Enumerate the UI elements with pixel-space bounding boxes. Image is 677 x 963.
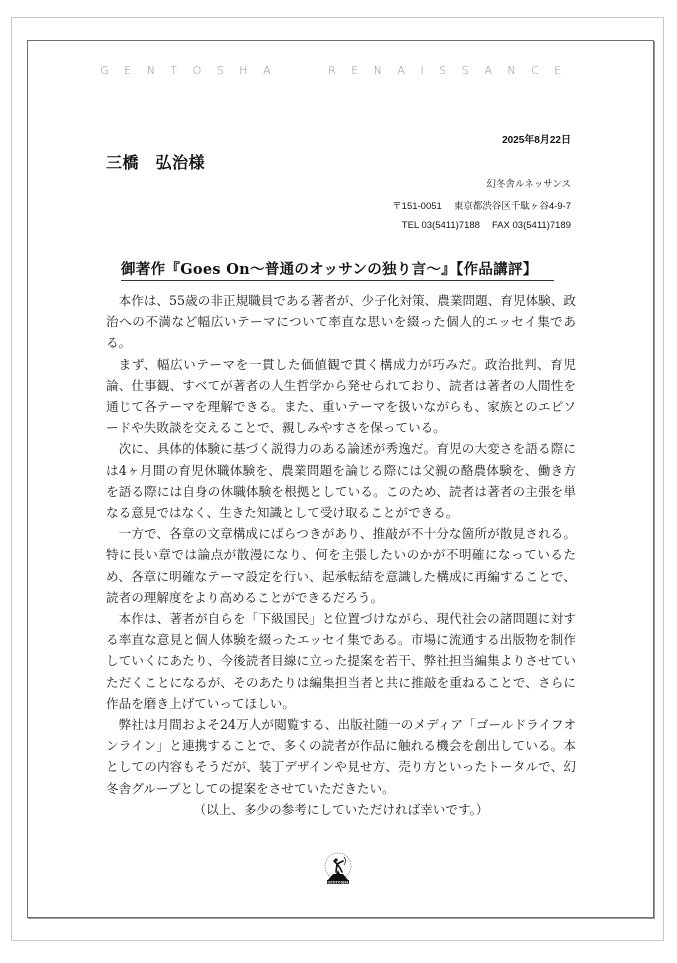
paragraph-publisher: 弊社は月間およそ24万人が閲覧する、出版社随一のメディア「ゴールドライフオンライ…: [106, 714, 576, 799]
sender-company: 幻冬舎ルネッサンス: [487, 176, 571, 190]
paragraph-structure: まず、幅広いテーマを一貫した価値観で貫く構成力が巧みだ。政治批判、育児論、仕事観…: [106, 354, 576, 439]
brand-word-renaissance: RENAISSANCE: [328, 64, 577, 77]
closing-remark: （以上、多少の参考にしていただければ幸いです。）: [106, 799, 576, 820]
archer-logo-icon: GENTOSHA: [316, 850, 360, 888]
paragraph-improvement: 一方で、各章の文章構成にばらつきがあり、推敲が不十分な箇所が散見される。特に長い…: [106, 523, 576, 608]
brand-header: GENTOSHARENAISSANCE: [0, 64, 677, 77]
sender-tel: TEL 03(5411)7188: [402, 220, 480, 231]
sender-postal-code: 〒151-0051: [392, 201, 442, 212]
brand-word-gentosha: GENTOSHA: [100, 64, 286, 77]
sender-fax: FAX 03(5411)7189: [492, 220, 571, 231]
sender-contact: TEL 03(5411)7188FAX 03(5411)7189: [402, 220, 571, 231]
sender-street-address: 東京都渋谷区千駄ヶ谷4-9-7: [454, 201, 571, 212]
sender-address: 〒151-0051東京都渋谷区千駄ヶ谷4-9-7: [392, 198, 571, 212]
letter-date: 2025年8月22日: [502, 131, 571, 146]
paragraph-intro: 本作は、55歳の非正規職員である著者が、少子化対策、農業問題、育児体験、政治への…: [106, 290, 576, 354]
review-body: 本作は、55歳の非正規職員である著者が、少子化対策、農業問題、育児体験、政治への…: [106, 290, 576, 820]
document-title: 御著作『Goes On～普通のオッサンの独り言～』【作品講評】: [121, 258, 554, 281]
paragraph-persuasiveness: 次に、具体的体験に基づく説得力のある論述が秀逸だ。育児の大変さを語る際には4ヶ月…: [106, 438, 576, 523]
recipient-name: 三橋 弘治様: [106, 150, 205, 173]
paragraph-summary: 本作は、著者が自らを「下級国民」と位置づけながら、現代社会の諸問題に対する率直な…: [106, 608, 576, 714]
svg-text:GENTOSHA: GENTOSHA: [327, 880, 349, 884]
